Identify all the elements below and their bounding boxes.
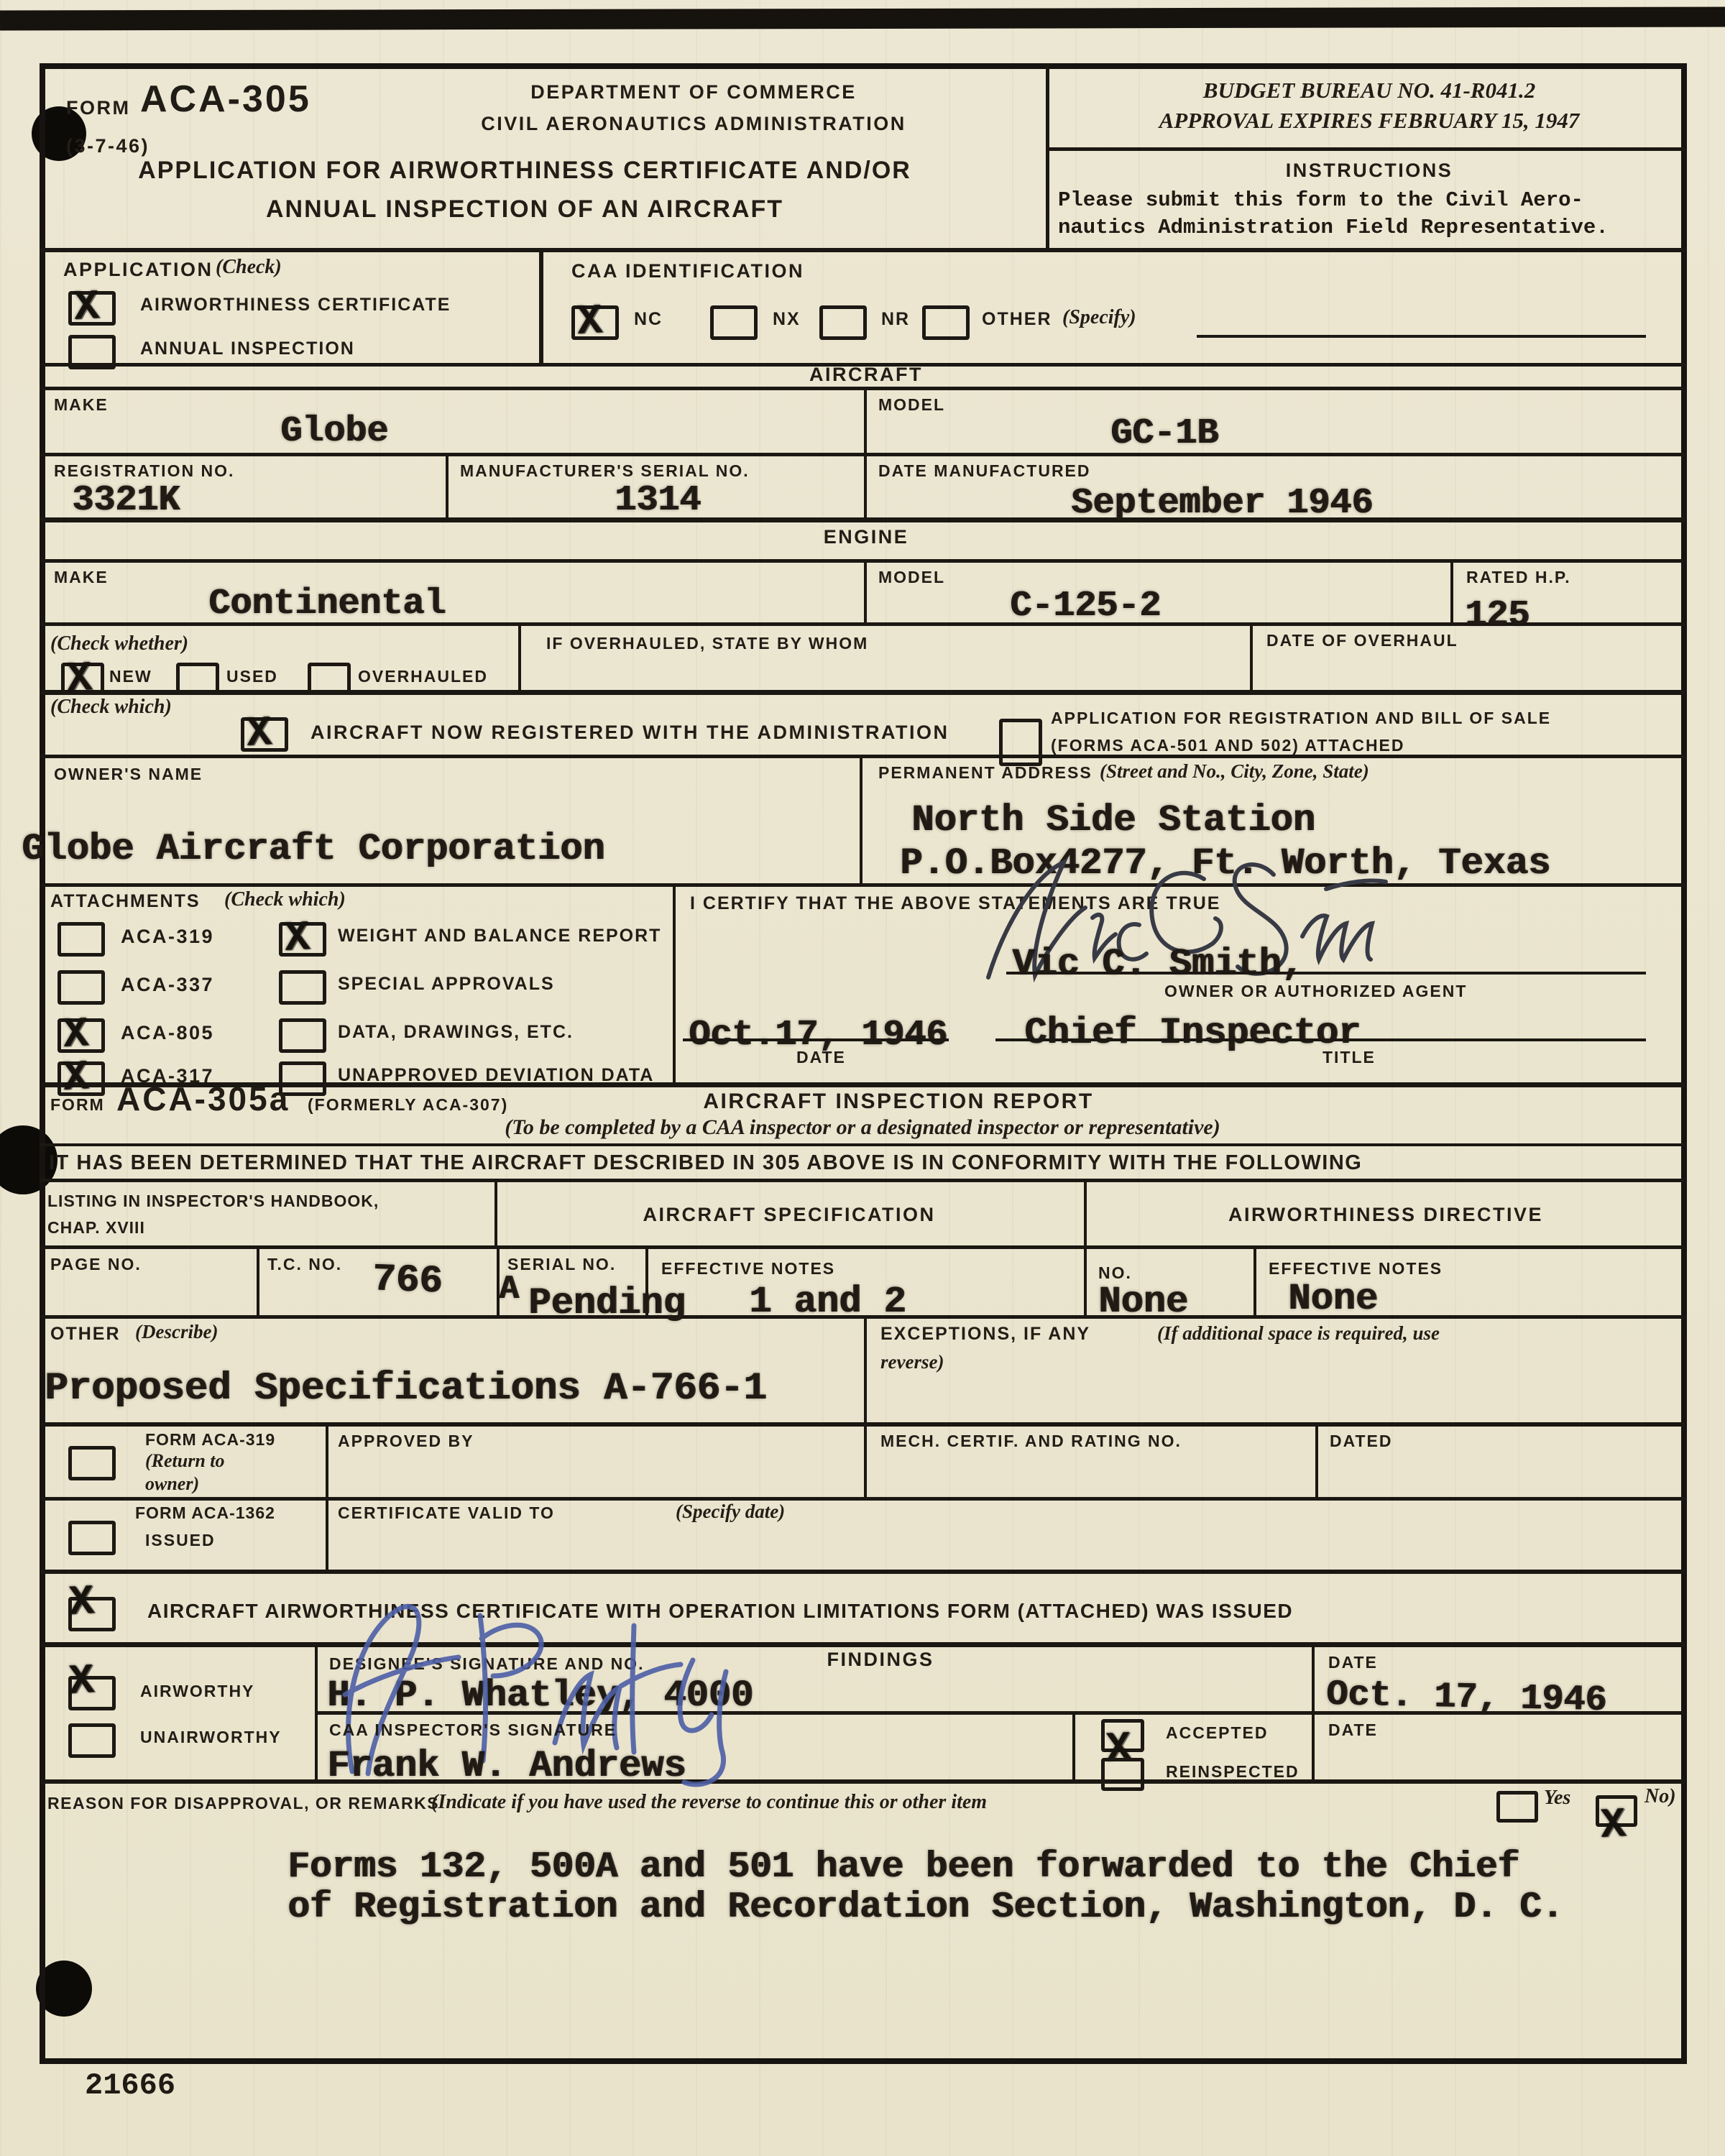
date-label: DATE	[1328, 1653, 1378, 1672]
grid-line	[326, 1422, 328, 1498]
ad-no-value: None	[1098, 1281, 1188, 1323]
field-label: SERIAL NO.	[507, 1255, 616, 1274]
grid-line	[1046, 147, 1685, 151]
option-label: ANNUAL INSPECTION	[140, 338, 355, 359]
grid-line	[864, 387, 867, 453]
grid-line	[1084, 1179, 1087, 1247]
title-label: TITLE	[1322, 1048, 1376, 1067]
checkbox-aca-805[interactable]	[57, 1018, 105, 1053]
form-label: FORM	[66, 97, 130, 119]
grid-line	[40, 387, 1685, 390]
form-title-line: APPLICATION FOR AIRWORTHINESS CERTIFICAT…	[138, 157, 911, 185]
aircraft-make-value: Globe	[280, 411, 388, 452]
grid-line	[864, 1422, 867, 1498]
grid-line	[864, 453, 867, 519]
rated-hp-value: 125	[1465, 595, 1529, 636]
effective-notes-value: 1 and 2	[749, 1281, 906, 1323]
field-label: MECH. CERTIF. AND RATING NO.	[880, 1432, 1182, 1451]
title-line[interactable]	[995, 1038, 1646, 1041]
grid-line	[257, 1245, 259, 1317]
grid-line	[40, 1779, 1685, 1784]
checkbox-nr[interactable]	[819, 305, 867, 340]
handbook-header: CHAP. XVIII	[47, 1218, 145, 1238]
grid-line	[40, 517, 1685, 522]
valid-to-note: (Specify date)	[676, 1501, 785, 1523]
grid-line	[864, 559, 867, 624]
exceptions-note: reverse)	[880, 1351, 944, 1373]
print-code: 21666	[85, 2068, 175, 2103]
row-label: FORM ACA-1362	[135, 1503, 275, 1523]
field-label: DATE OF OVERHAUL	[1266, 631, 1458, 650]
option-label: UNAIRWORTHY	[140, 1728, 282, 1747]
field-label: IF OVERHAULED, STATE BY WHOM	[546, 634, 868, 653]
signer-role-label: OWNER OR AUTHORIZED AGENT	[1164, 982, 1467, 1001]
checkbox-aca-337[interactable]	[57, 970, 105, 1005]
inspection-report-title: AIRCRAFT INSPECTION REPORT	[703, 1089, 1093, 1114]
field-label: CERTIFICATE VALID TO	[338, 1503, 555, 1523]
airworthiness-directive-header: AIRWORTHINESS DIRECTIVE	[1228, 1204, 1543, 1226]
caa-identification-label: CAA IDENTIFICATION	[571, 260, 804, 282]
option-label: AIRCRAFT NOW REGISTERED WITH THE ADMINIS…	[310, 722, 949, 744]
field-label: PERMANENT ADDRESS	[878, 763, 1092, 783]
form-number: ACA-305	[140, 78, 311, 121]
owner-signature-typed: Vic C. Smith,	[1012, 943, 1304, 985]
checkbox-overhauled[interactable]	[308, 663, 351, 694]
reason-note: (Indicate if you have used the reverse t…	[431, 1791, 987, 1814]
field-label: NO.	[1098, 1263, 1132, 1283]
engine-make-value: Continental	[208, 584, 446, 625]
option-label: AIRWORTHY	[140, 1682, 254, 1701]
row-note: (Return to	[145, 1450, 225, 1472]
exceptions-note: (If additional space is required, use	[1157, 1322, 1440, 1345]
remarks-text-line: of Registration and Recordation Section,…	[287, 1887, 1563, 1928]
grid-line	[494, 1179, 497, 1247]
checkbox-form-aca-1362[interactable]	[68, 1521, 116, 1555]
grid-line	[326, 1497, 328, 1571]
option-label: NR	[881, 309, 910, 330]
form-title-line: ANNUAL INSPECTION OF AN AIRCRAFT	[266, 195, 783, 224]
grid-line	[1253, 1245, 1256, 1317]
checkbox-special-approvals[interactable]	[279, 970, 326, 1005]
checkbox-reverse-yes[interactable]	[1496, 1791, 1538, 1823]
option-label: (FORMS ACA-501 AND 502) ATTACHED	[1051, 736, 1405, 755]
option-label: ACCEPTED	[1166, 1723, 1269, 1743]
instructions-text: nautics Administration Field Representat…	[1058, 216, 1609, 239]
grid-line	[40, 1570, 1685, 1574]
grid-line	[1072, 1711, 1075, 1781]
field-label: MAKE	[54, 568, 109, 587]
option-label: APPLICATION FOR REGISTRATION AND BILL OF…	[1051, 709, 1551, 728]
option-label: OVERHAULED	[358, 667, 488, 686]
option-label: DATA, DRAWINGS, ETC.	[338, 1022, 574, 1043]
checkbox-aircraft-registered[interactable]	[241, 717, 288, 752]
department-line: DEPARTMENT OF COMMERCE	[530, 81, 857, 103]
field-label: MODEL	[878, 395, 945, 415]
field-label: PAGE NO.	[50, 1255, 142, 1274]
ad-notes-value: None	[1288, 1278, 1378, 1320]
grid-line	[1046, 63, 1049, 248]
grid-line	[860, 755, 862, 885]
field-label: EFFECTIVE NOTES	[1269, 1259, 1443, 1279]
grid-line	[40, 690, 1685, 695]
grid-line	[40, 1143, 1685, 1146]
grid-line	[40, 248, 1685, 252]
grid-line	[40, 559, 1685, 563]
grid-line	[40, 755, 1685, 758]
reason-label: REASON FOR DISAPPROVAL, OR REMARKS	[47, 1794, 439, 1813]
attachments-label: ATTACHMENTS	[50, 891, 201, 912]
engine-model-value: C-125-2	[1010, 586, 1161, 627]
engine-section-title: ENGINE	[824, 526, 909, 548]
serial-value: 1314	[615, 480, 701, 521]
grid-line	[1312, 1647, 1315, 1781]
field-label: RATED H.P.	[1466, 568, 1571, 587]
grid-line	[518, 622, 521, 691]
findings-date-value: Oct. 17, 1946	[1325, 1674, 1606, 1721]
address-note: (Street and No., City, Zone, State)	[1100, 760, 1369, 783]
application-note: (Check)	[216, 256, 282, 279]
grid-line	[40, 453, 1685, 456]
date-label: DATE	[796, 1048, 846, 1067]
field-label: MODEL	[878, 568, 945, 587]
grid-line	[673, 883, 676, 1084]
department-line: CIVIL AERONAUTICS ADMINISTRATION	[481, 113, 906, 135]
form-number-305a: ACA-305a	[116, 1079, 290, 1118]
option-label: SPECIAL APPROVALS	[338, 974, 555, 995]
checkbox-unairworthy[interactable]	[68, 1723, 116, 1758]
grid-line	[1315, 1422, 1318, 1498]
grid-line	[40, 1245, 1685, 1249]
grid-line	[1450, 559, 1453, 624]
specify-note: (Specify)	[1062, 306, 1136, 329]
tc-no-value: 766	[372, 1258, 443, 1304]
check-which-note: (Check which)	[50, 696, 172, 719]
option-label: AIRWORTHINESS CERTIFICATE	[140, 295, 451, 315]
checkbox-nx[interactable]	[710, 305, 758, 340]
inspection-report-subtitle: (To be completed by a CAA inspector or a…	[505, 1115, 1220, 1140]
option-label: ACA-319	[121, 926, 214, 948]
option-label: NC	[634, 309, 663, 330]
grid-line	[1250, 622, 1253, 691]
other-note: (Describe)	[135, 1321, 218, 1343]
grid-line	[40, 1497, 1685, 1501]
option-label: UNAPPROVED DEVIATION DATA	[338, 1065, 654, 1086]
instructions-title: INSTRUCTIONS	[1286, 160, 1453, 182]
checkbox-data-drawings[interactable]	[279, 1018, 326, 1053]
application-label: APPLICATION	[63, 259, 213, 281]
field-label: MANUFACTURER'S SERIAL NO.	[460, 461, 750, 481]
option-label: NX	[773, 309, 801, 330]
other-value: Proposed Specifications A-766-1	[45, 1367, 767, 1411]
check-whether-note: (Check whether)	[50, 632, 188, 655]
option-label: ACA-337	[121, 974, 214, 996]
grid-line	[1084, 1245, 1087, 1317]
row-label: ISSUED	[145, 1531, 216, 1550]
form-date: (3-7-46)	[66, 135, 149, 157]
budget-bureau-line: BUDGET BUREAU NO. 41-R041.2	[1203, 78, 1535, 103]
checkbox-nc[interactable]	[571, 305, 619, 340]
budget-bureau-line: APPROVAL EXPIRES FEBRUARY 15, 1947	[1159, 108, 1580, 134]
certification-title-value: Chief Inspector	[1024, 1012, 1361, 1054]
date-label: DATE	[1328, 1720, 1378, 1740]
other-specify-field[interactable]	[1197, 335, 1646, 338]
checkbox-reinspected[interactable]	[1101, 1758, 1144, 1791]
option-label: OTHER	[982, 309, 1052, 330]
option-label: ACA-805	[121, 1022, 214, 1044]
date-manufactured-value: September 1946	[1071, 483, 1373, 524]
field-label: REGISTRATION NO.	[54, 461, 234, 481]
aircraft-model-value: GC-1B	[1110, 413, 1218, 454]
determination-statement: IT HAS BEEN DETERMINED THAT THE AIRCRAFT…	[49, 1151, 1362, 1175]
instructions-text: Please submit this form to the Civil Aer…	[1058, 188, 1583, 212]
field-label: T.C. NO.	[267, 1255, 342, 1274]
field-label: OWNER'S NAME	[54, 765, 203, 784]
date-line[interactable]	[683, 1038, 949, 1041]
checkbox-certificate-issued[interactable]	[68, 1597, 116, 1631]
field-label: DATE MANUFACTURED	[878, 461, 1091, 481]
scan-artifact-top-band	[0, 6, 1725, 30]
checkbox-airworthy[interactable]	[68, 1676, 116, 1710]
checkbox-reverse-no[interactable]	[1596, 1795, 1637, 1827]
option-label: Yes	[1544, 1787, 1570, 1810]
row-label: FORM ACA-319	[145, 1430, 275, 1450]
field-label: CAA INSPECTOR'S SIGNATURE	[329, 1720, 617, 1740]
grid-line	[539, 248, 543, 363]
grid-line	[864, 1315, 867, 1424]
option-label: USED	[226, 667, 278, 686]
checkbox-form-aca-319[interactable]	[68, 1446, 116, 1480]
aircraft-section-title: AIRCRAFT	[809, 364, 923, 386]
attachments-note: (Check which)	[224, 888, 346, 911]
field-label: MAKE	[54, 395, 109, 415]
checkbox-annual-inspection[interactable]	[68, 335, 116, 369]
scanned-form-aca-305: FORM ACA-305 (3-7-46) DEPARTMENT OF COMM…	[0, 0, 1725, 2156]
field-label: DATED	[1330, 1432, 1393, 1451]
grid-line	[40, 1179, 1685, 1182]
grid-line	[40, 1422, 1685, 1427]
remarks-text-line: Forms 132, 500A and 501 have been forwar…	[287, 1847, 1519, 1888]
findings-title: FINDINGS	[827, 1649, 934, 1671]
checkbox-new[interactable]	[61, 663, 104, 694]
option-label: No)	[1644, 1785, 1676, 1808]
checkbox-aca-317[interactable]	[57, 1061, 105, 1096]
serial-prefix-value: A	[499, 1271, 519, 1308]
owner-name-value: Globe Aircraft Corporation	[22, 828, 604, 870]
checkbox-weight-balance[interactable]	[279, 922, 326, 957]
signature-line[interactable]	[1006, 972, 1646, 975]
serial-pending-value: Pending	[528, 1282, 685, 1325]
grid-line	[446, 453, 448, 519]
aircraft-spec-header: AIRCRAFT SPECIFICATION	[643, 1204, 936, 1226]
option-label: REINSPECTED	[1166, 1762, 1299, 1782]
option-label: WEIGHT AND BALANCE REPORT	[338, 926, 661, 946]
registration-value: 3321K	[72, 480, 180, 521]
checkbox-used[interactable]	[176, 663, 219, 694]
checkbox-accepted[interactable]	[1101, 1719, 1144, 1752]
handbook-header: LISTING IN INSPECTOR'S HANDBOOK,	[47, 1192, 379, 1211]
field-label: APPROVED BY	[338, 1432, 474, 1451]
checkbox-aca-319[interactable]	[57, 922, 105, 957]
other-label: OTHER	[50, 1324, 121, 1345]
field-label: EFFECTIVE NOTES	[661, 1259, 835, 1279]
caa-inspector-typed-name: Frank W. Andrews	[327, 1745, 686, 1787]
checkbox-other[interactable]	[922, 305, 970, 340]
checkbox-registration-attached[interactable]	[999, 719, 1042, 766]
checkbox-airworthiness-certificate[interactable]	[68, 291, 116, 326]
row-note: owner)	[145, 1473, 199, 1495]
owner-address-line: North Side Station	[911, 799, 1315, 842]
form-label: FORM	[50, 1095, 105, 1115]
grid-line	[40, 1642, 1685, 1647]
exceptions-label: EXCEPTIONS, IF ANY	[880, 1324, 1090, 1345]
option-label: NEW	[109, 667, 152, 686]
formerly-note: (FORMERLY ACA-307)	[308, 1095, 508, 1115]
